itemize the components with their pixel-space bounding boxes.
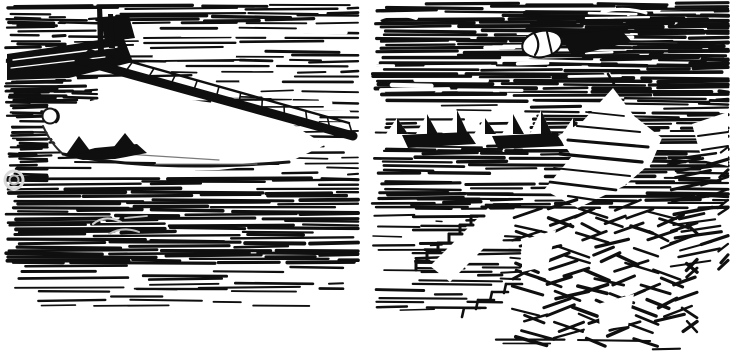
engraving-canvas xyxy=(0,0,733,364)
panel-sinking-ship xyxy=(5,5,389,306)
panel-ice-field xyxy=(372,3,728,350)
floe-silhouette xyxy=(492,133,564,149)
chevron-water xyxy=(496,200,697,350)
upper-deckhouse xyxy=(101,16,135,42)
mast xyxy=(97,6,104,52)
engraving-illustration xyxy=(0,0,733,364)
floe-silhouette xyxy=(402,132,476,148)
